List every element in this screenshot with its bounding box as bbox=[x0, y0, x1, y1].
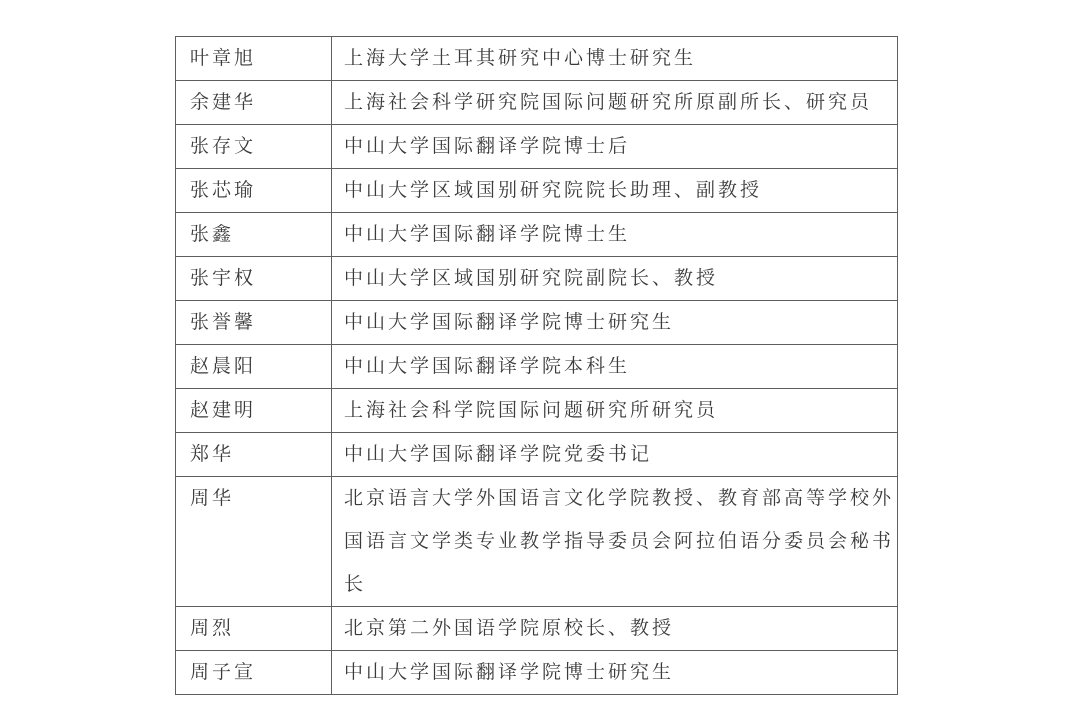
person-title-cell: 中山大学国际翻译学院本科生 bbox=[332, 345, 898, 389]
participants-table-body: 叶章旭上海大学土耳其研究中心博士研究生余建华上海社会科学研究院国际问题研究所原副… bbox=[176, 37, 898, 695]
person-title-cell: 中山大学国际翻译学院博士生 bbox=[332, 213, 898, 257]
document-page: 叶章旭上海大学土耳其研究中心博士研究生余建华上海社会科学研究院国际问题研究所原副… bbox=[0, 0, 1080, 713]
person-name-cell: 叶章旭 bbox=[176, 37, 332, 81]
person-name-cell: 张誉馨 bbox=[176, 301, 332, 345]
table-row: 郑华中山大学国际翻译学院党委书记 bbox=[176, 433, 898, 477]
person-name-cell: 周烈 bbox=[176, 607, 332, 651]
table-row: 叶章旭上海大学土耳其研究中心博士研究生 bbox=[176, 37, 898, 81]
person-title-cell: 上海大学土耳其研究中心博士研究生 bbox=[332, 37, 898, 81]
person-title-cell: 中山大学区域国别研究院院长助理、副教授 bbox=[332, 169, 898, 213]
table-row: 赵建明上海社会科学院国际问题研究所研究员 bbox=[176, 389, 898, 433]
person-title-cell: 中山大学国际翻译学院党委书记 bbox=[332, 433, 898, 477]
participants-table: 叶章旭上海大学土耳其研究中心博士研究生余建华上海社会科学研究院国际问题研究所原副… bbox=[175, 36, 898, 695]
person-title-cell: 中山大学国际翻译学院博士研究生 bbox=[332, 651, 898, 695]
person-title-cell: 北京语言大学外国语言文化学院教授、教育部高等学校外国语言文学类专业教学指导委员会… bbox=[332, 477, 898, 607]
person-name-cell: 张存文 bbox=[176, 125, 332, 169]
person-name-cell: 赵建明 bbox=[176, 389, 332, 433]
table-row: 张誉馨中山大学国际翻译学院博士研究生 bbox=[176, 301, 898, 345]
table-row: 余建华上海社会科学研究院国际问题研究所原副所长、研究员 bbox=[176, 81, 898, 125]
person-title-cell: 中山大学区域国别研究院副院长、教授 bbox=[332, 257, 898, 301]
person-name-cell: 张鑫 bbox=[176, 213, 332, 257]
table-row: 张鑫中山大学国际翻译学院博士生 bbox=[176, 213, 898, 257]
person-name-cell: 郑华 bbox=[176, 433, 332, 477]
table-row: 张芯瑜中山大学区域国别研究院院长助理、副教授 bbox=[176, 169, 898, 213]
table-row: 张存文中山大学国际翻译学院博士后 bbox=[176, 125, 898, 169]
table-row: 周华北京语言大学外国语言文化学院教授、教育部高等学校外国语言文学类专业教学指导委… bbox=[176, 477, 898, 607]
person-name-cell: 张宇权 bbox=[176, 257, 332, 301]
person-title-cell: 中山大学国际翻译学院博士研究生 bbox=[332, 301, 898, 345]
person-title-cell: 上海社会科学院国际问题研究所研究员 bbox=[332, 389, 898, 433]
person-name-cell: 赵晨阳 bbox=[176, 345, 332, 389]
person-name-cell: 余建华 bbox=[176, 81, 332, 125]
person-name-cell: 周华 bbox=[176, 477, 332, 607]
table-row: 张宇权中山大学区域国别研究院副院长、教授 bbox=[176, 257, 898, 301]
person-name-cell: 周子宣 bbox=[176, 651, 332, 695]
person-title-cell: 中山大学国际翻译学院博士后 bbox=[332, 125, 898, 169]
person-title-cell: 北京第二外国语学院原校长、教授 bbox=[332, 607, 898, 651]
person-name-cell: 张芯瑜 bbox=[176, 169, 332, 213]
person-title-cell: 上海社会科学研究院国际问题研究所原副所长、研究员 bbox=[332, 81, 898, 125]
table-row: 赵晨阳中山大学国际翻译学院本科生 bbox=[176, 345, 898, 389]
table-row: 周子宣中山大学国际翻译学院博士研究生 bbox=[176, 651, 898, 695]
table-row: 周烈北京第二外国语学院原校长、教授 bbox=[176, 607, 898, 651]
